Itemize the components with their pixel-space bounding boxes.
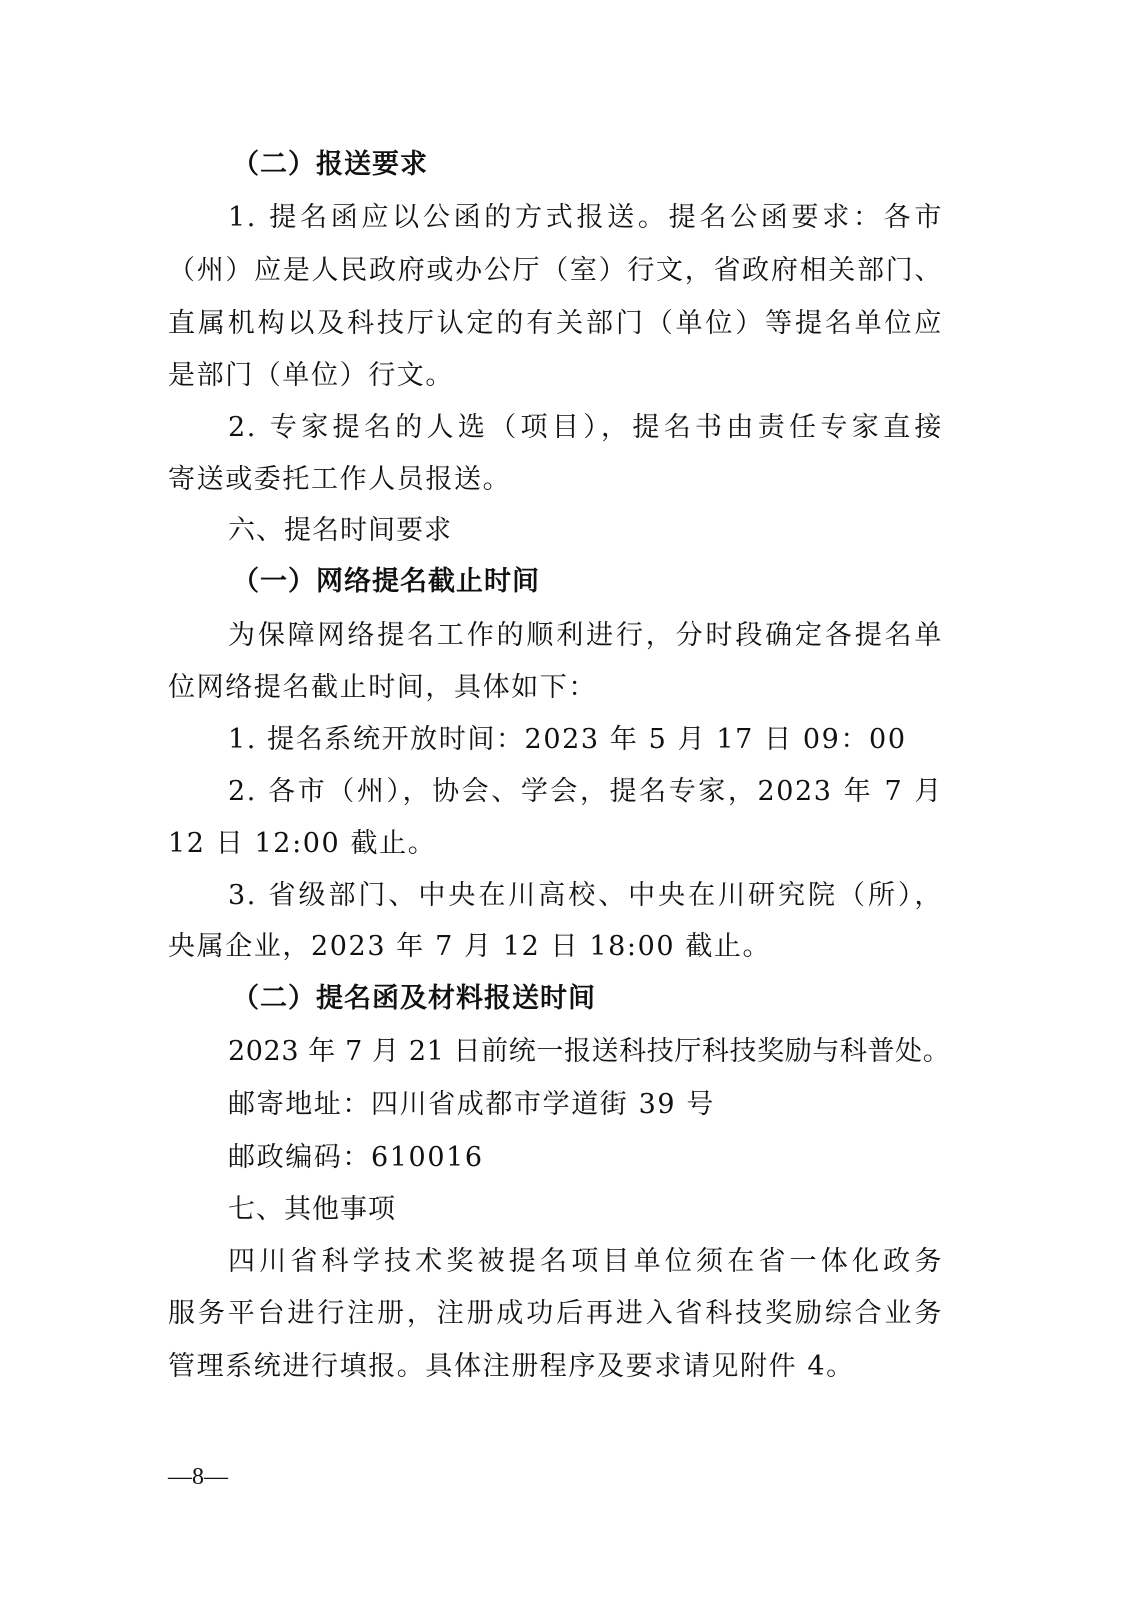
subheading-online-deadline: （一）网络提名截止时间 [232, 562, 1007, 602]
paragraph-line: 2023 年 7 月 21 日前统一报送科技厅科技奖励与科普处。 [228, 1032, 943, 1072]
paragraph-line: 服务平台进行注册，注册成功后再进入省科技奖励综合业务 [168, 1294, 943, 1334]
page-number: —8— [168, 1462, 228, 1492]
paragraph-line: 1. 提名系统开放时间：2023 年 5 月 17 日 09：00 [228, 720, 943, 760]
postal-code: 邮政编码：610016 [228, 1138, 943, 1178]
paragraph-line: 1. 提名函应以公函的方式报送。提名公函要求：各市 [228, 198, 943, 238]
paragraph-line: 位网络提名截止时间，具体如下： [168, 668, 943, 708]
mailing-address: 邮寄地址：四川省成都市学道街 39 号 [228, 1085, 943, 1125]
paragraph-line: 寄送或委托工作人员报送。 [168, 460, 943, 500]
paragraph-line: 2. 专家提名的人选（项目），提名书由责任专家直接 [228, 408, 943, 448]
paragraph-line: 管理系统进行填报。具体注册程序及要求请见附件 4。 [168, 1347, 943, 1387]
paragraph-line: 为保障网络提名工作的顺利进行，分时段确定各提名单 [228, 616, 943, 656]
heading-nomination-time-requirements: 六、提名时间要求 [228, 511, 943, 551]
paragraph-line: 四川省科学技术奖被提名项目单位须在省一体化政务 [228, 1242, 943, 1282]
paragraph-line: 2. 各市（州），协会、学会，提名专家，2023 年 7 月 [228, 772, 943, 812]
paragraph-line: 央属企业，2023 年 7 月 12 日 18:00 截止。 [168, 927, 943, 967]
paragraph-line: 是部门（单位）行文。 [168, 356, 943, 396]
paragraph-line: 12 日 12:00 截止。 [168, 824, 943, 864]
subheading-materials-submission-time: （二）提名函及材料报送时间 [232, 979, 1007, 1019]
paragraph-line: 直属机构以及科技厅认定的有关部门（单位）等提名单位应 [168, 304, 943, 344]
document-page: （二）报送要求 1. 提名函应以公函的方式报送。提名公函要求：各市 （州）应是人… [0, 0, 1131, 1600]
paragraph-line: 3. 省级部门、中央在川高校、中央在川研究院（所）， [228, 876, 943, 916]
paragraph-line: （州）应是人民政府或办公厅（室）行文，省政府相关部门、 [168, 251, 943, 291]
subheading-submission-requirements: （二）报送要求 [232, 145, 1007, 185]
heading-other-matters: 七、其他事项 [228, 1190, 943, 1230]
